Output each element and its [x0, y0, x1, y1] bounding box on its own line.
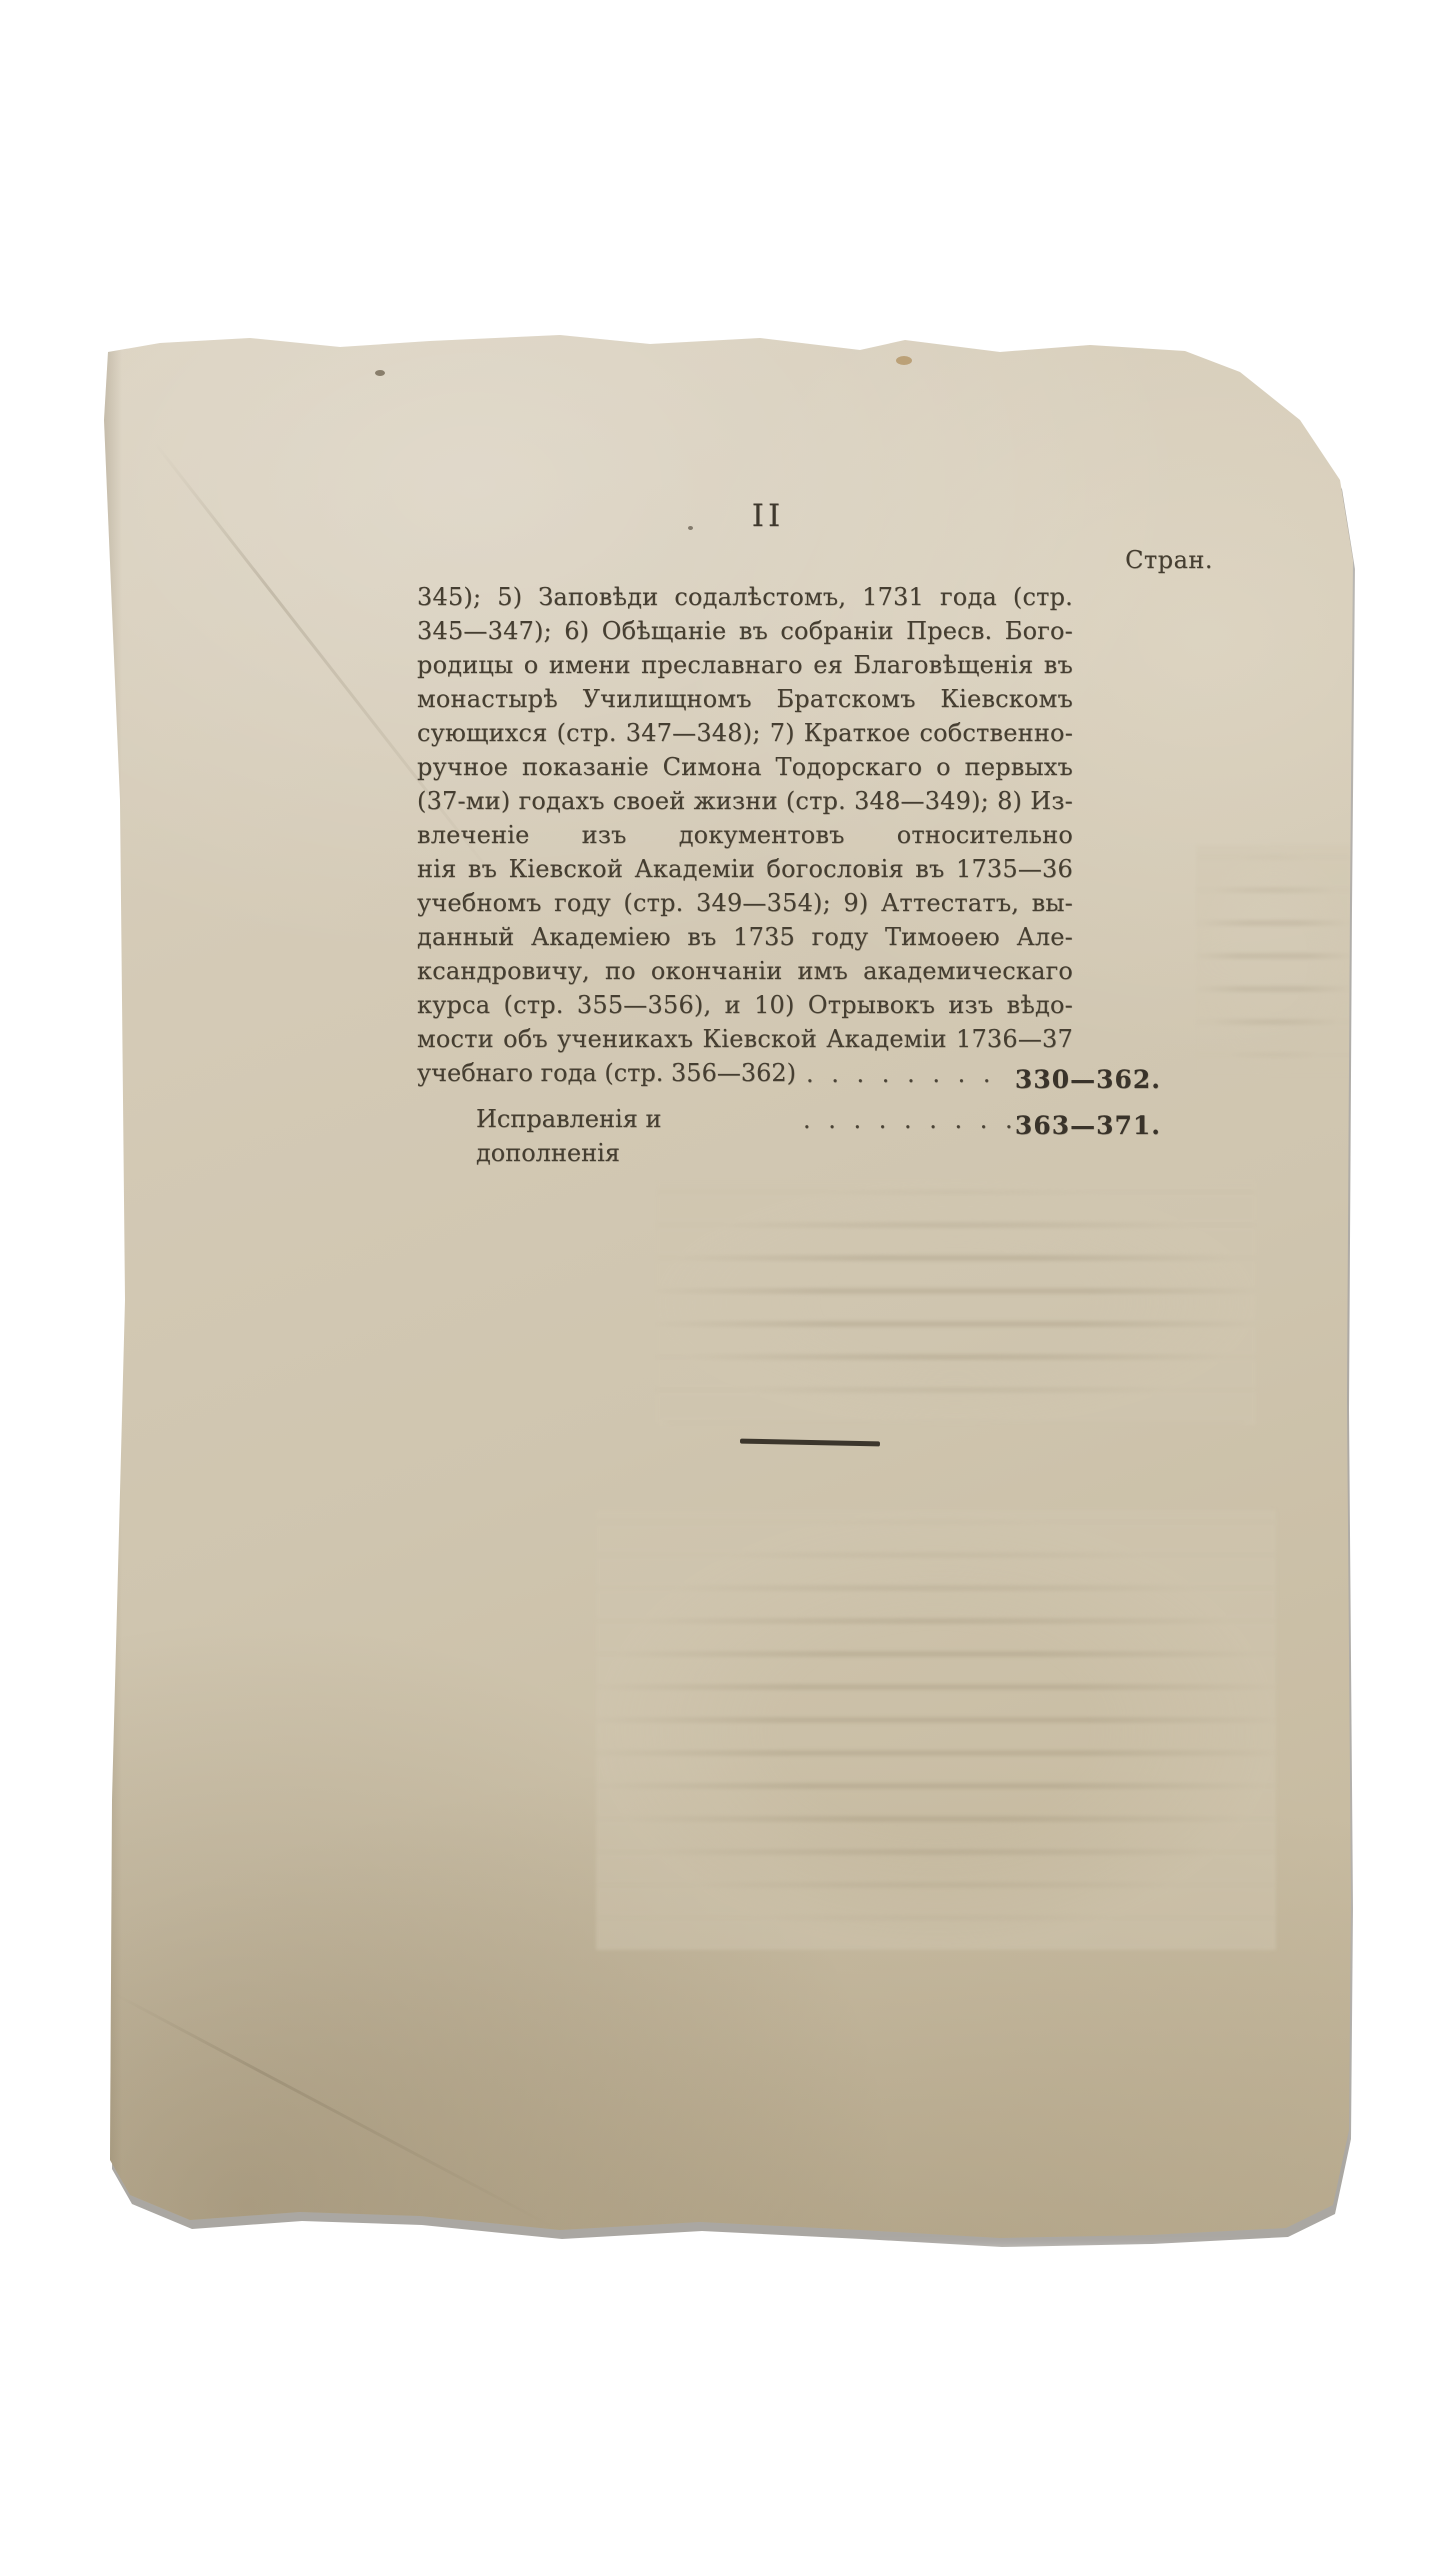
toc-entry-text: учебнаго года (стр. 356—362) [417, 1056, 796, 1090]
toc-line: (37-ми) годахъ своей жизни (стр. 348—349… [417, 784, 1073, 818]
leader-dots: . . . . . . . . . [793, 1103, 1015, 1137]
toc-entry-row: учебнаго года (стр. 356—362) . . . . . .… [417, 1056, 1161, 1096]
show-through-text-upper [656, 1180, 1256, 1425]
paper-crease [113, 1992, 556, 2229]
pages-column-header: Стран. [1125, 546, 1213, 574]
toc-line: ксандровичу, по окончаніи имъ академичес… [417, 954, 1073, 988]
toc-line: ручное показаніе Симона Тодорскаго о пер… [417, 750, 1073, 784]
toc-line: родицы о имени преславнаго ея Благовѣщен… [417, 648, 1073, 682]
toc-entry-row: Исправленія и дополненія . . . . . . . .… [476, 1102, 1161, 1142]
paper-page: II Стран. 345); 5) Заповѣди содалѣстомъ,… [96, 332, 1358, 2244]
toc-line: нія въ Кіевской Академіи богословія въ 1… [417, 852, 1073, 886]
toc-line: сующихся (стр. 347—348); 7) Краткое собс… [417, 716, 1073, 750]
toc-line: курса (стр. 355—356), и 10) Отрывокъ изъ… [417, 988, 1073, 1022]
toc-line: мости объ ученикахъ Кіевской Академіи 17… [417, 1022, 1073, 1056]
folio-number: II [736, 498, 800, 534]
toc-line: 345—347); 6) Обѣщаніе въ собраніи Пресв.… [417, 614, 1073, 648]
separator-rule [740, 1439, 880, 1447]
toc-line: влеченіе изъ документовъ относительно пр… [417, 818, 1073, 852]
book-page-photo: II Стран. 345); 5) Заповѣди содалѣстомъ,… [0, 0, 1440, 2560]
ink-dot [688, 526, 693, 530]
toc-line: 345); 5) Заповѣди содалѣстомъ, 1731 года… [417, 580, 1073, 614]
page-range: 363—371. [1015, 1109, 1161, 1143]
toc-line: данный Академіею въ 1735 году Тимоѳею Ал… [417, 920, 1073, 954]
toc-paragraph: 345); 5) Заповѣди содалѣстомъ, 1731 года… [417, 580, 1073, 1056]
show-through-text-margin [1196, 845, 1351, 1075]
toc-entry-text: Исправленія и дополненія [476, 1102, 793, 1170]
show-through-text-lower [596, 1510, 1276, 1950]
paper-speck [896, 356, 912, 365]
toc-line: монастырѣ Училищномъ Братскомъ Кіевскомъ… [417, 682, 1073, 716]
page-range: 330—362. [1015, 1063, 1161, 1097]
toc-line: учебномъ году (стр. 349—354); 9) Аттеста… [417, 886, 1073, 920]
leader-dots: . . . . . . . . [796, 1057, 1015, 1091]
paper-speck [375, 370, 385, 376]
